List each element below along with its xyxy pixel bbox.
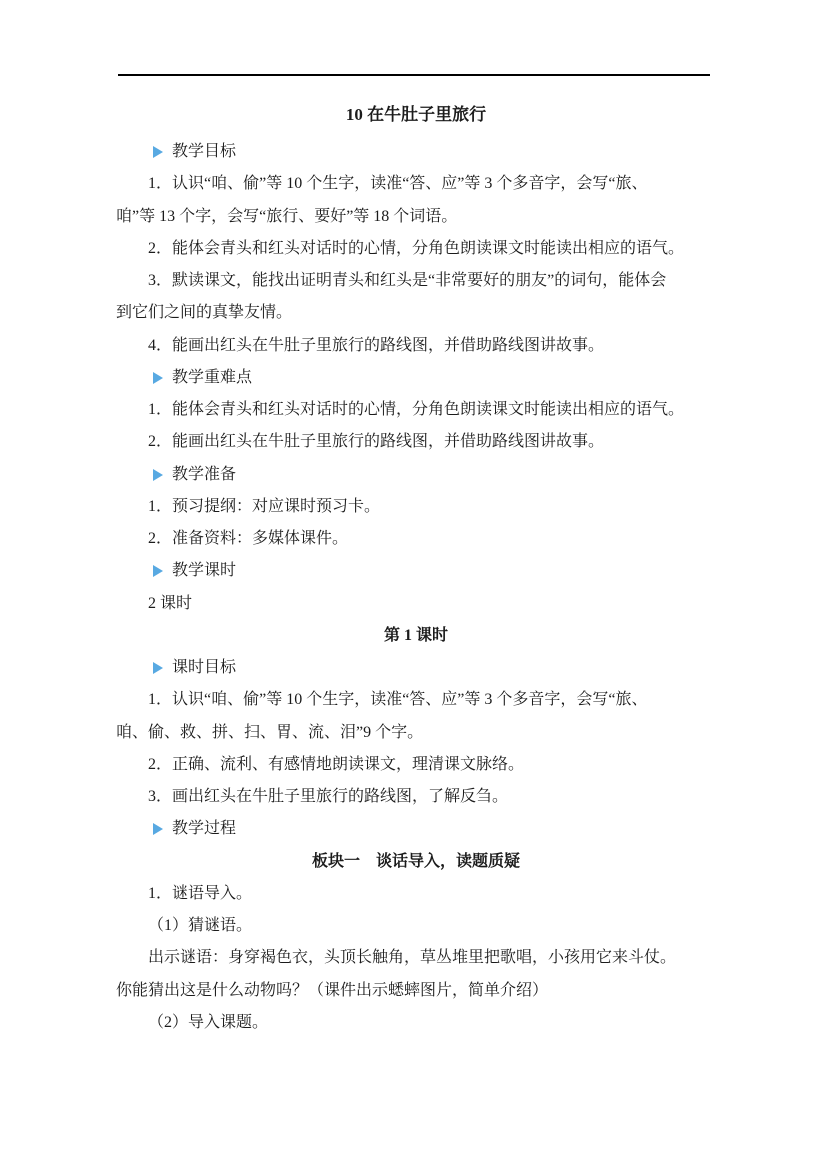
paragraph-line: 2．能体会青头和红头对话时的心情，分角色朗读课文时能读出相应的语气。 (116, 233, 716, 265)
paragraph-line: 1．认识“咱、偷”等 10 个生字，读准“答、应”等 3 个多音字，会写“旅、 (116, 168, 716, 200)
paragraph-line: 1．认识“咱、偷”等 10 个生字，读准“答、应”等 3 个多音字，会写“旅、 (116, 684, 716, 716)
paragraph-line: 到它们之间的真挚友情。 (116, 297, 716, 329)
paragraph-line: 4．能画出红头在牛肚子里旅行的路线图，并借助路线图讲故事。 (116, 330, 716, 362)
section-bullet-triangle-icon (153, 146, 163, 158)
centered-subheading: 板块一 谈话导入，读题质疑 (116, 846, 716, 878)
section-heading-label: 教学课时 (172, 555, 236, 587)
paragraph-line: 出示谜语：身穿褐色衣，头顶长触角，草丛堆里把歌唱，小孩用它来斗仗。 (116, 942, 716, 974)
paragraph-line: 3．画出红头在牛肚子里旅行的路线图，了解反刍。 (116, 781, 716, 813)
section-heading: 教学课时 (116, 555, 716, 587)
section-bullet-triangle-icon (153, 469, 163, 481)
section-bullet-triangle-icon (153, 372, 163, 384)
paragraph-line: 2．准备资料：多媒体课件。 (116, 523, 716, 555)
paragraph-line: 咱”等 13 个字，会写“旅行、要好”等 18 个词语。 (116, 201, 716, 233)
document-page: 10 在牛肚子里旅行 教学目标1．认识“咱、偷”等 10 个生字，读准“答、应”… (0, 0, 827, 1169)
section-heading-label: 教学重难点 (172, 362, 252, 394)
paragraph-line: 1．谜语导入。 (116, 878, 716, 910)
section-heading: 教学过程 (116, 813, 716, 845)
section-heading: 课时目标 (116, 652, 716, 684)
paragraph-line: （2）导入课题。 (116, 1007, 716, 1039)
paragraph-line: 2 课时 (116, 588, 716, 620)
section-heading-label: 教学目标 (172, 136, 236, 168)
section-heading-label: 教学准备 (172, 459, 236, 491)
paragraph-line: 你能猜出这是什么动物吗？（课件出示蟋蟀图片，简单介绍） (116, 975, 716, 1007)
section-heading: 教学准备 (116, 459, 716, 491)
lesson-title: 10 在牛肚子里旅行 (116, 99, 716, 131)
section-bullet-triangle-icon (153, 823, 163, 835)
paragraph-line: 2．正确、流利、有感情地朗读课文，理清课文脉络。 (116, 749, 716, 781)
centered-subheading: 第 1 课时 (116, 620, 716, 652)
header-rule (118, 74, 710, 76)
section-heading-label: 课时目标 (172, 652, 236, 684)
section-heading: 教学重难点 (116, 362, 716, 394)
paragraph-line: 1．能体会青头和红头对话时的心情，分角色朗读课文时能读出相应的语气。 (116, 394, 716, 426)
section-heading: 教学目标 (116, 136, 716, 168)
paragraph-line: 1．预习提纲：对应课时预习卡。 (116, 491, 716, 523)
paragraph-line: 2．能画出红头在牛肚子里旅行的路线图，并借助路线图讲故事。 (116, 426, 716, 458)
section-heading-label: 教学过程 (172, 813, 236, 845)
section-bullet-triangle-icon (153, 662, 163, 674)
paragraph-line: （1）猜谜语。 (116, 910, 716, 942)
paragraph-line: 咱、偷、救、拼、扫、胃、流、泪”9 个字。 (116, 717, 716, 749)
document-body: 教学目标1．认识“咱、偷”等 10 个生字，读准“答、应”等 3 个多音字，会写… (116, 136, 716, 1039)
paragraph-line: 3．默读课文，能找出证明青头和红头是“非常要好的朋友”的词句，能体会 (116, 265, 716, 297)
section-bullet-triangle-icon (153, 565, 163, 577)
